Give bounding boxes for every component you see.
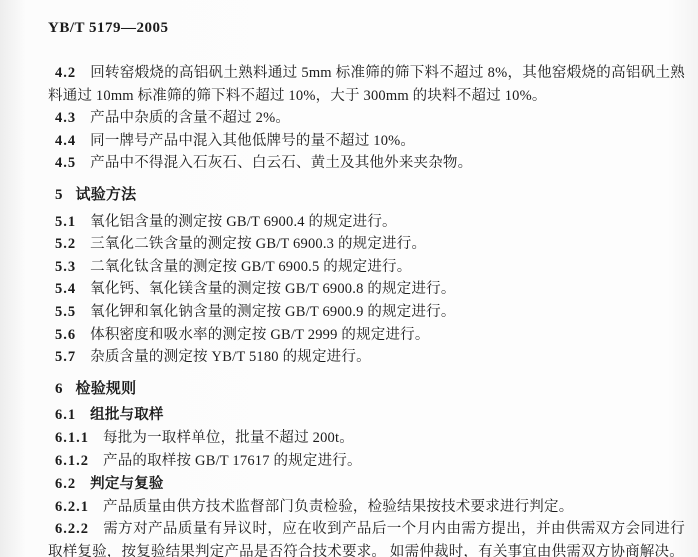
clause-paragraph: 5.2三氧化二铁含量的测定按 GB/T 6900.3 的规定进行。 bbox=[48, 233, 685, 256]
clause-number: 4.5 bbox=[55, 155, 76, 171]
clause-paragraph: 5.5氧化钾和氧化钠含量的测定按 GB/T 6900.9 的规定进行。 bbox=[48, 301, 685, 324]
clause-paragraph: 5.6体积密度和吸水率的测定按 GB/T 2999 的规定进行。 bbox=[48, 324, 685, 347]
clause-text: 需方对产品质量有异议时，应在收到产品后一个月内由需方提出，并由供需双方会同进行取… bbox=[48, 521, 685, 557]
clause-paragraph: 5.3二氧化钛含量的测定按 GB/T 6900.5 的规定进行。 bbox=[48, 256, 685, 279]
standard-number-header: YB/T 5179—2005 bbox=[48, 20, 685, 37]
clause-text: 二氧化钛含量的测定按 GB/T 6900.5 的规定进行。 bbox=[90, 259, 411, 275]
clause-number: 5.7 bbox=[55, 349, 76, 365]
clause-paragraph: 6.1.1每批为一取样单位，批量不超过 200t。 bbox=[48, 427, 685, 450]
clause-paragraph: 6.1.2产品的取样按 GB/T 17617 的规定进行。 bbox=[48, 450, 685, 473]
sub-section-heading: 6.1组批与取样 bbox=[48, 404, 685, 427]
clause-number: 6.2.2 bbox=[55, 521, 89, 537]
clause-text: 同一牌号产品中混入其他低牌号的量不超过 10%。 bbox=[90, 133, 415, 149]
clause-paragraph: 4.3产品中杂质的含量不超过 2%。 bbox=[48, 107, 685, 130]
clause-text: 产品质量由供方技术监督部门负责检验，检验结果按技术要求进行判定。 bbox=[103, 499, 573, 515]
clause-number: 5.6 bbox=[55, 327, 76, 343]
clause-number: 6.1 bbox=[55, 407, 76, 423]
clause-text: 试验方法 bbox=[76, 187, 137, 203]
clause-text: 三氧化二铁含量的测定按 GB/T 6900.3 的规定进行。 bbox=[90, 236, 426, 252]
clause-number: 5.3 bbox=[55, 259, 76, 275]
clause-paragraph: 5.1氧化铝含量的测定按 GB/T 6900.4 的规定进行。 bbox=[48, 211, 685, 234]
clause-number: 4.4 bbox=[55, 133, 76, 149]
clause-paragraph: 6.2.2需方对产品质量有异议时，应在收到产品后一个月内由需方提出，并由供需双方… bbox=[48, 518, 685, 557]
clause-paragraph: 4.5产品中不得混入石灰石、白云石、黄土及其他外来夹杂物。 bbox=[48, 152, 685, 175]
clause-paragraph: 4.2回转窑煅烧的高铝矾土熟料通过 5mm 标准筛的筛下料不超过 8%，其他窑煅… bbox=[48, 62, 685, 107]
clause-text: 氧化铝含量的测定按 GB/T 6900.4 的规定进行。 bbox=[90, 214, 397, 230]
clause-number: 6 bbox=[55, 381, 64, 397]
clause-paragraph: 6.2.1产品质量由供方技术监督部门负责检验，检验结果按技术要求进行判定。 bbox=[48, 496, 685, 519]
clause-text: 检验规则 bbox=[76, 381, 137, 397]
clause-paragraph: 4.4同一牌号产品中混入其他低牌号的量不超过 10%。 bbox=[48, 130, 685, 153]
clause-text: 产品的取样按 GB/T 17617 的规定进行。 bbox=[103, 453, 362, 469]
clause-text: 产品中不得混入石灰石、白云石、黄土及其他外来夹杂物。 bbox=[90, 155, 472, 171]
clause-text: 氧化钙、氧化镁含量的测定按 GB/T 6900.8 的规定进行。 bbox=[90, 281, 455, 297]
document-page: YB/T 5179—2005 4.2回转窑煅烧的高铝矾土熟料通过 5mm 标准筛… bbox=[0, 0, 698, 557]
sub-section-heading: 6.2判定与复验 bbox=[48, 473, 685, 496]
clause-number: 5.1 bbox=[55, 214, 76, 230]
clause-number: 6.1.2 bbox=[55, 453, 89, 469]
clause-text: 氧化钾和氧化钠含量的测定按 GB/T 6900.9 的规定进行。 bbox=[90, 304, 455, 320]
clause-text: 组批与取样 bbox=[90, 407, 164, 423]
clause-text: 产品中杂质的含量不超过 2%。 bbox=[90, 110, 290, 126]
clause-text: 杂质含量的测定按 YB/T 5180 的规定进行。 bbox=[90, 349, 371, 365]
clause-text: 体积密度和吸水率的测定按 GB/T 2999 的规定进行。 bbox=[90, 327, 429, 343]
clause-text: 回转窑煅烧的高铝矾土熟料通过 5mm 标准筛的筛下料不超过 8%，其他窑煅烧的高… bbox=[48, 65, 685, 104]
clause-number: 5.4 bbox=[55, 281, 76, 297]
clause-number: 6.2 bbox=[55, 476, 76, 492]
clause-text: 判定与复验 bbox=[90, 476, 164, 492]
clause-number: 4.2 bbox=[55, 65, 76, 81]
clause-number: 6.1.1 bbox=[55, 430, 89, 446]
clause-text: 每批为一取样单位，批量不超过 200t。 bbox=[103, 430, 354, 446]
clause-number: 5.2 bbox=[55, 236, 76, 252]
clause-paragraph: 5.7杂质含量的测定按 YB/T 5180 的规定进行。 bbox=[48, 346, 685, 369]
clause-number: 5.5 bbox=[55, 304, 76, 320]
document-body: 4.2回转窑煅烧的高铝矾土熟料通过 5mm 标准筛的筛下料不超过 8%，其他窑煅… bbox=[48, 62, 685, 557]
section-heading: 5试验方法 bbox=[48, 184, 685, 207]
clause-paragraph: 5.4氧化钙、氧化镁含量的测定按 GB/T 6900.8 的规定进行。 bbox=[48, 278, 685, 301]
clause-number: 5 bbox=[55, 187, 64, 203]
section-heading: 6检验规则 bbox=[48, 378, 685, 401]
clause-number: 4.3 bbox=[55, 110, 76, 126]
clause-number: 6.2.1 bbox=[55, 499, 89, 515]
